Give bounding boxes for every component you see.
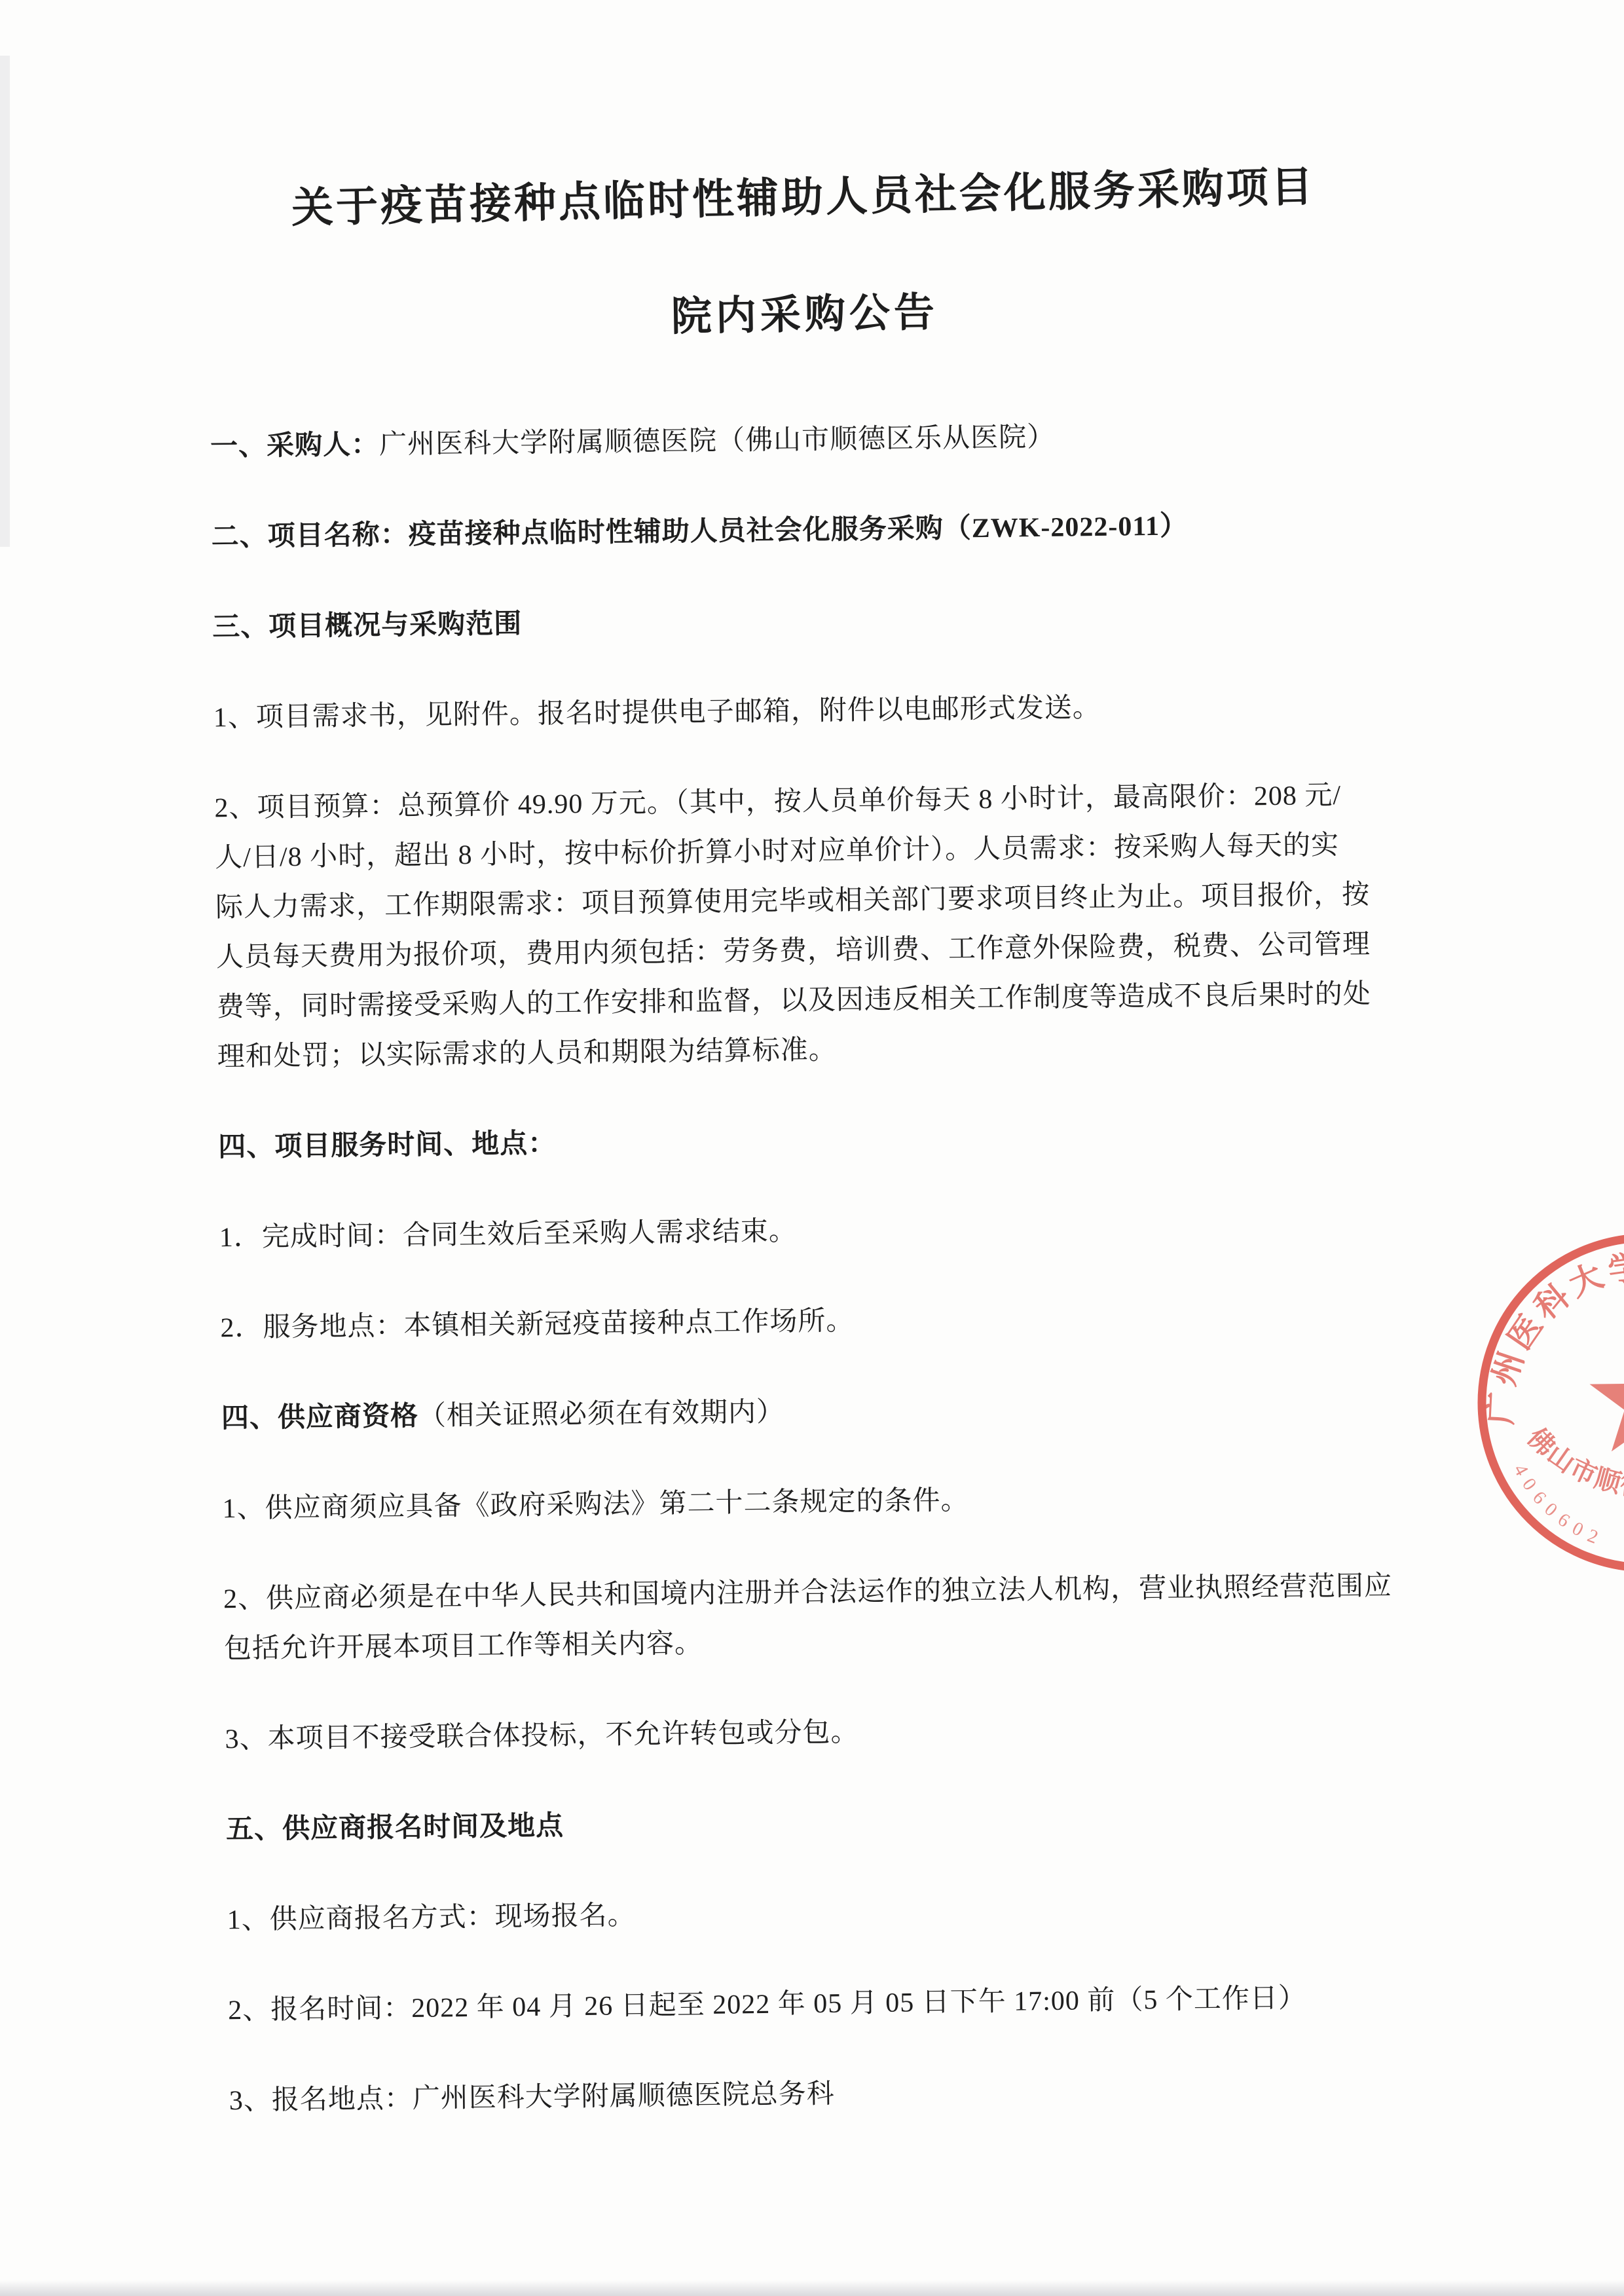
document-content: 关于疫苗接种点临时性辅助人员社会化服务采购项目 院内采购公告 一、采购人：广州医… — [0, 0, 1624, 2128]
list-item-text: 2、报名时间：2022 年 04 月 26 日起至 2022 年 05 月 05… — [228, 1984, 1306, 2026]
seal-arc-text: 广州医科大学附属顺德医院 — [1482, 1248, 1624, 1426]
list-item-service-location: 2．服务地点：本镇相关新冠疫苗接种点工作场所。 — [220, 1290, 1412, 1354]
section-label: 四、供应商资格 — [221, 1401, 419, 1434]
section-heading-purchaser: 一、采购人：广州医科大学附属顺德医院（佛山市顺德区乐从医院） — [210, 409, 1403, 472]
list-item-text: 1、供应商报名方式：现场报名。 — [227, 1900, 635, 1935]
list-item-text: 3、报名地点：广州医科大学附属顺德医院总务科 — [229, 2079, 835, 2116]
list-item-no-consortium: 3、本项目不接受联合体投标，不允许转包或分包。 — [225, 1701, 1417, 1765]
section-label: 四、项目服务时间、地点： — [218, 1128, 557, 1162]
scanned-document-page: 关于疫苗接种点临时性辅助人员社会化服务采购项目 院内采购公告 一、采购人：广州医… — [0, 0, 1624, 2296]
official-seal-stamp: 广州医科大学附属顺德医院 （佛山市顺德区乐从医院） 4060602 — [1470, 1226, 1624, 1580]
list-item-text: 1、供应商须应具备《政府采购法》第二十二条规定的条件。 — [222, 1485, 969, 1524]
paragraph-registration-legal: 2、供应商必须是在中华人民共和国境内注册并合法运作的独立法人机构，营业执照经营范… — [223, 1561, 1416, 1675]
list-item-signup-method: 1、供应商报名方式：现场报名。 — [227, 1882, 1419, 1946]
document-subtitle: 院内采购公告 — [208, 277, 1401, 353]
section-text: （相关证照必须在有效期内） — [418, 1398, 785, 1432]
section-heading-overview: 三、项目概况与采购范围 — [212, 589, 1405, 653]
section-heading-supplier-qualification: 四、供应商资格（相关证照必须在有效期内） — [221, 1380, 1414, 1444]
list-item-text: 2．服务地点：本镇相关新冠疫苗接种点工作场所。 — [220, 1306, 854, 1343]
paragraph-budget: 2、项目预算：总预算价 49.90 万元。（其中，按人员单价每天 8 小时计，最… — [214, 770, 1409, 1083]
section-heading-service-time: 四、项目服务时间、地点： — [218, 1109, 1411, 1173]
section-label: 五、供应商报名时间及地点 — [226, 1811, 564, 1845]
document-title: 关于疫苗接种点临时性辅助人员社会化服务采购项目 — [207, 155, 1400, 240]
section-label: 三、项目概况与采购范围 — [212, 609, 523, 642]
list-item-text: 3、本项目不接受联合体投标，不允许转包或分包。 — [225, 1717, 858, 1754]
section-text: 疫苗接种点临时性辅助人员社会化服务采购（ZWK-2022-011） — [408, 511, 1188, 550]
section-label: 一、采购人： — [210, 430, 380, 462]
seal-star-icon — [1590, 1342, 1624, 1451]
section-text: 广州医科大学附属顺德医院（佛山市顺德区乐从医院） — [379, 422, 1055, 460]
section-heading-signup-time-place: 五、供应商报名时间及地点 — [226, 1792, 1418, 1855]
list-item-completion-time: 1．完成时间：合同生效后至采购人需求结束。 — [219, 1200, 1411, 1263]
list-item-text: 1．完成时间：合同生效后至采购人需求结束。 — [219, 1216, 797, 1253]
list-item-text: 1、项目需求书，见附件。报名时提供电子邮箱，附件以电邮形式发送。 — [213, 693, 1101, 733]
list-item-signup-time: 2、报名时间：2022 年 04 月 26 日起至 2022 年 05 月 05… — [228, 1972, 1420, 2036]
section-heading-project-name: 二、项目名称：疫苗接种点临时性辅助人员社会化服务采购（ZWK-2022-011） — [211, 499, 1403, 563]
scan-artifact-left-edge — [0, 56, 10, 547]
list-item-requirement-doc: 1、项目需求书，见附件。报名时提供电子邮箱，附件以电邮形式发送。 — [213, 680, 1405, 743]
list-item-qualification-law: 1、供应商须应具备《政府采购法》第二十二条规定的条件。 — [222, 1471, 1414, 1534]
section-label: 二、项目名称： — [211, 520, 409, 552]
list-item-signup-location: 3、报名地点：广州医科大学附属顺德医院总务科 — [229, 2063, 1421, 2126]
scan-artifact-bottom-edge — [0, 2280, 1624, 2296]
